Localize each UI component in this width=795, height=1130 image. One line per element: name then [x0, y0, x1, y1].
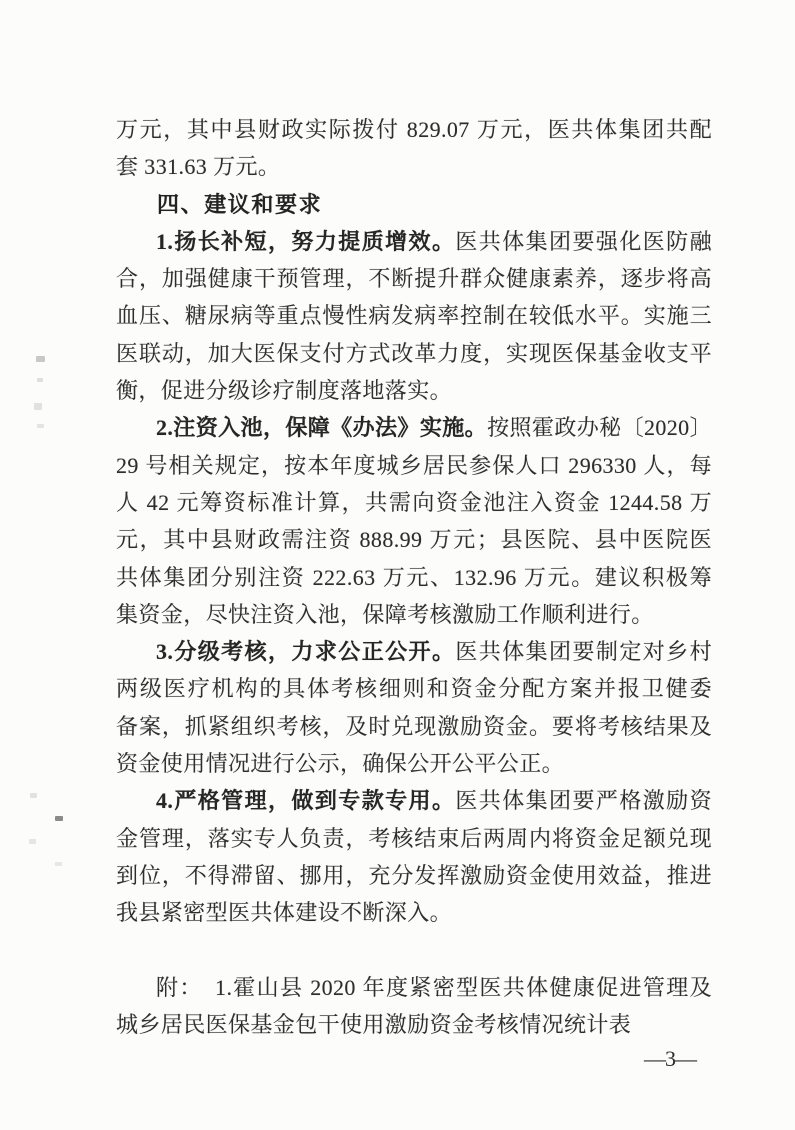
body-line: 元，其中县财政需注资 888.99 万元；县医院、县中医院医	[116, 521, 712, 558]
body-text: 医共体集团要严格激励资	[455, 788, 712, 813]
scan-artifact	[36, 356, 45, 362]
body-text: 按照霍政办秘〔2020〕	[487, 415, 712, 440]
paragraph-lead: 3.分级考核，力求公正公开。	[156, 639, 455, 664]
paragraph-first-line: 3.分级考核，力求公正公开。医共体集团要制定对乡村	[116, 633, 712, 670]
body-line: 万元，其中县财政实际拨付 829.07 万元，医共体集团共配	[116, 111, 712, 148]
body-line: 集资金，尽快注资入池，保障考核激励工作顺利进行。	[116, 596, 712, 633]
body-text: 医共体集团要强化医防融	[455, 229, 712, 254]
attachment-line: 附： 1.霍山县 2020 年度紧密型医共体健康促进管理及	[116, 969, 712, 1006]
body-line: 我县紧密型医共体建设不断深入。	[116, 894, 712, 931]
page-number: —3—	[644, 1046, 696, 1072]
body-line: 两级医疗机构的具体考核细则和资金分配方案并报卫健委	[116, 670, 712, 707]
paragraph-first-line: 4.严格管理，做到专款专用。医共体集团要严格激励资	[116, 782, 712, 819]
scan-artifact	[29, 839, 36, 844]
paragraph-lead: 1.扬长补短，努力提质增效。	[156, 229, 455, 254]
body-line: 共体集团分别注资 222.63 万元、132.96 万元。建议积极筹	[116, 559, 712, 596]
paragraph-first-line: 1.扬长补短，努力提质增效。医共体集团要强化医防融	[116, 223, 712, 260]
body-line: 合，加强健康干预管理，不断提升群众健康素养，逐步将高	[116, 260, 712, 297]
body-text: 医共体集团要制定对乡村	[455, 639, 712, 664]
paragraph-lead: 4.严格管理，做到专款专用。	[156, 788, 455, 813]
scan-artifact	[37, 378, 43, 382]
body-line: 29 号相关规定，按本年度城乡居民参保人口 296330 人，每	[116, 447, 712, 484]
attachment-note: 附： 1.霍山县 2020 年度紧密型医共体健康促进管理及 城乡居民医保基金包干…	[116, 969, 712, 1044]
paragraph-first-line: 2.注资入池，保障《办法》实施。按照霍政办秘〔2020〕	[116, 409, 712, 446]
body-line: 衡，促进分级诊疗制度落地落实。	[116, 372, 712, 409]
scanned-document-page: 万元，其中县财政实际拨付 829.07 万元，医共体集团共配 套 331.63 …	[0, 0, 795, 1130]
document-body: 万元，其中县财政实际拨付 829.07 万元，医共体集团共配 套 331.63 …	[116, 111, 712, 1043]
body-line: 备案，抓紧组织考核，及时兑现激励资金。要将考核结果及	[116, 708, 712, 745]
scan-artifact	[55, 816, 63, 821]
body-line: 到位，不得滞留、挪用，充分发挥激励资金使用效益，推进	[116, 857, 712, 894]
paragraph-lead: 2.注资入池，保障《办法》实施。	[156, 415, 487, 440]
section-heading: 四、建议和要求	[116, 186, 712, 223]
scan-artifact	[37, 424, 44, 428]
body-line: 套 331.63 万元。	[116, 148, 712, 185]
attachment-line: 城乡居民医保基金包干使用激励资金考核情况统计表	[116, 1006, 712, 1043]
scan-artifact	[30, 793, 37, 798]
body-line: 医联动，加大医保支付方式改革力度，实现医保基金收支平	[116, 335, 712, 372]
scan-artifact	[55, 862, 62, 866]
body-line: 金管理，落实专人负责，考核结束后两周内将资金足额兑现	[116, 820, 712, 857]
body-line: 资金使用情况进行公示，确保公开公平公正。	[116, 745, 712, 782]
body-line: 血压、糖尿病等重点慢性病发病率控制在较低水平。实施三	[116, 297, 712, 334]
body-line: 人 42 元筹资标准计算，共需向资金池注入资金 1244.58 万	[116, 484, 712, 521]
scan-artifact	[34, 403, 42, 410]
